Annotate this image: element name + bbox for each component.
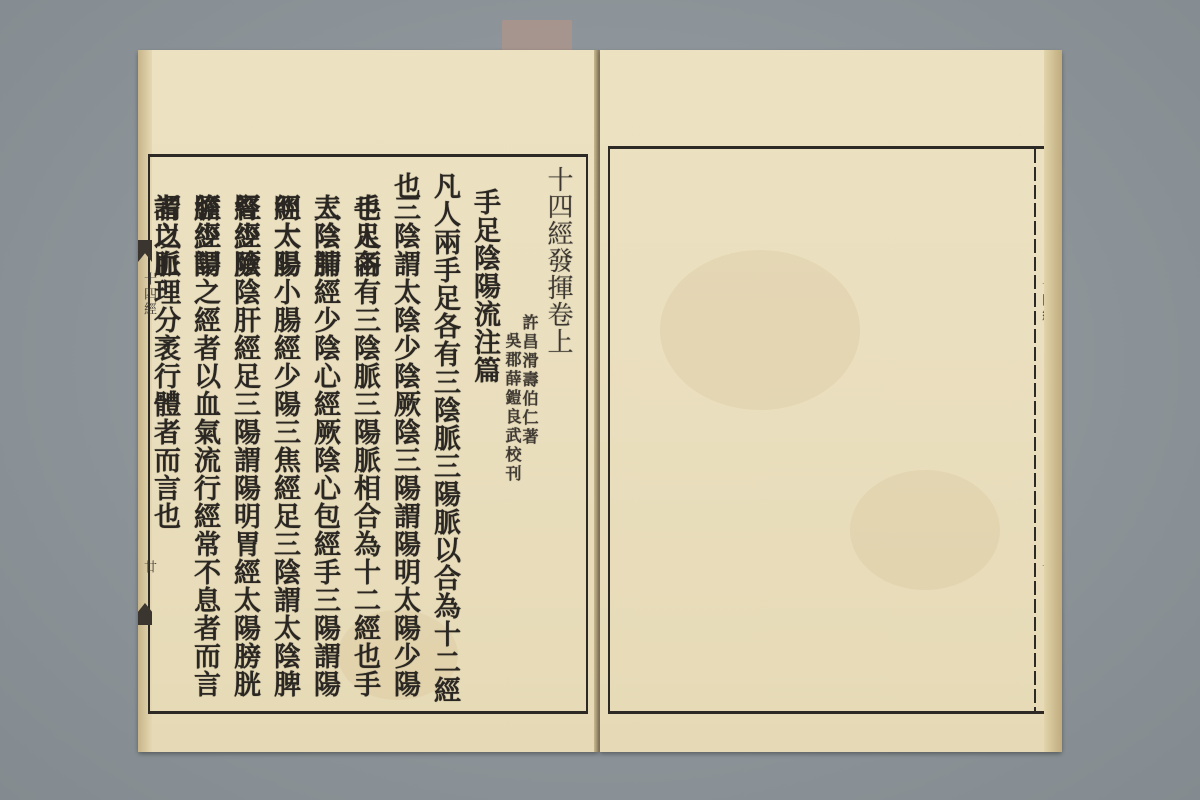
attribution-column: 許昌滑壽伯仁著 吳郡薛鎧良武校刊	[504, 166, 538, 706]
text-columns: 十四經發揮卷上 許昌滑壽伯仁著 吳郡薛鎧良武校刊 手足陰陽流注篇 凡人兩手足各有…	[168, 166, 578, 706]
commentary-column: 三陰謂太陰少陰厥陰三陽謂陽明太陽少陽也人兩	[384, 166, 424, 706]
body-text-column: 凡人兩手足各有三陰脈三陽脈以合為十二經也	[424, 166, 464, 706]
fishtail-mark-bottom	[1044, 603, 1058, 625]
open-book: 十四經 廿 十四經發揮卷上 許昌滑壽伯仁著 吳郡薛鎧良武校刊 手足陰陽流注篇 凡…	[138, 50, 1062, 752]
margin-title: 十四經	[1037, 278, 1056, 323]
frame-rule	[1034, 149, 1036, 711]
left-page: 十四經 廿 十四經發揮卷上 許昌滑壽伯仁著 吳郡薛鎧良武校刊 手足陰陽流注篇 凡…	[138, 50, 598, 752]
book-title-column: 十四經發揮卷上	[538, 166, 578, 706]
right-page-frame	[608, 146, 1048, 714]
fishtail-mark-top	[1044, 240, 1058, 262]
editor-line: 吳郡薛鎧良武校刊	[504, 314, 521, 706]
margin-page-number: 十	[1037, 560, 1056, 575]
chapter-heading: 手足陰陽流注篇	[464, 166, 504, 706]
right-page: 十四經 十	[600, 50, 1062, 752]
author-line: 許昌滑壽伯仁著	[521, 314, 538, 706]
